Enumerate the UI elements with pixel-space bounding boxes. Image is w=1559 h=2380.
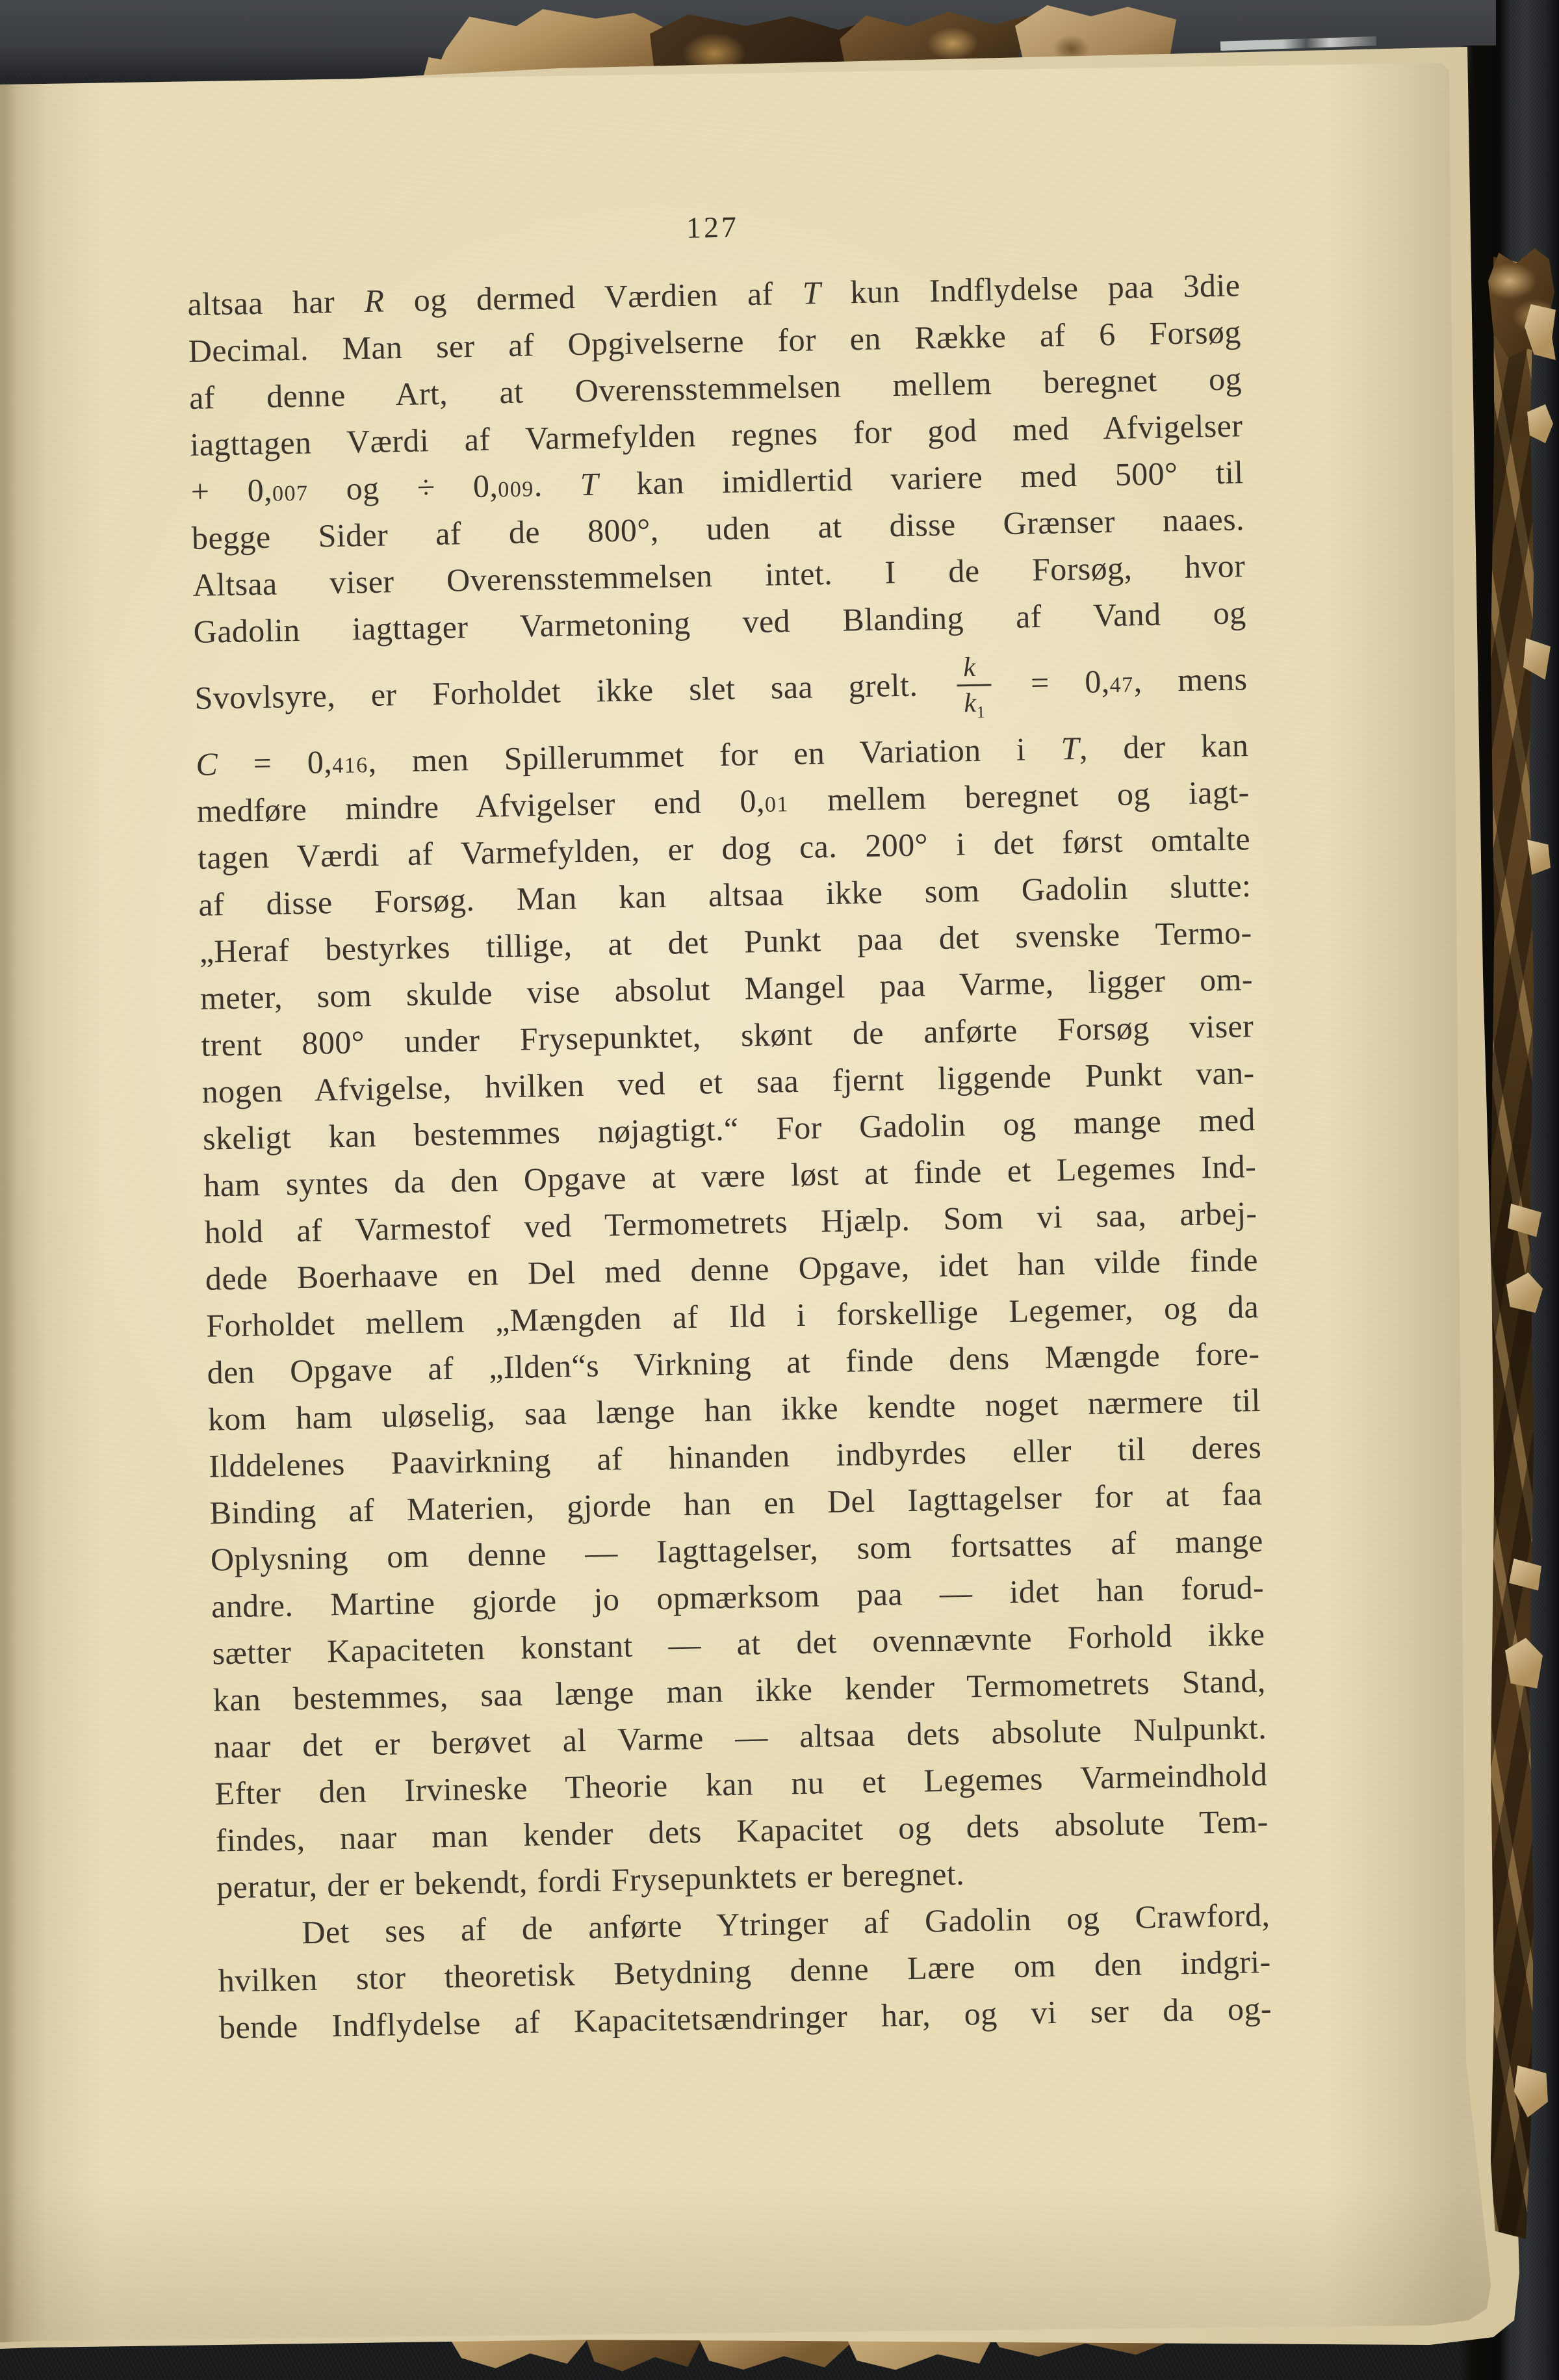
text-segment: 416 [332, 753, 368, 778]
torn-paper-right-spine [1491, 257, 1534, 2239]
text-block: altsaa har R og dermed Værdien af T kun … [187, 261, 1272, 2050]
text-segment: , mens [1133, 660, 1248, 699]
text-segment: = 0, [218, 744, 333, 782]
text-segment: + 0, [190, 472, 272, 510]
text-segment: T [580, 465, 599, 502]
printed-content: 127 altsaa har R og dermed Værdien af T … [186, 201, 1272, 2050]
text-segment: og dermed Værdien af [384, 275, 803, 319]
text-segment: 01 [765, 792, 790, 817]
text-segment: og ÷ 0, [308, 467, 498, 507]
text-segment: kun Indflydelse paa 3die [821, 266, 1241, 311]
text-segment: , men Spillerummet for en Variation i [368, 730, 1061, 779]
text-segment: medføre mindre Afvigelser end 0, [196, 783, 765, 829]
text-segment: 007 [272, 482, 309, 506]
scanned-book-page: 127 altsaa har R og dermed Værdien af T … [0, 0, 1559, 2380]
text-segment: T [802, 274, 821, 311]
text-segment: , der kan [1079, 727, 1248, 766]
text-segment: C [196, 745, 218, 783]
text-segment: T [1061, 730, 1079, 767]
text-segment: altsaa har [187, 283, 365, 322]
text-segment: = 0, [995, 663, 1110, 701]
text-segment: 47 [1109, 673, 1134, 697]
text-segment: 009 [498, 477, 534, 502]
fraction-k-over-k1: kk1 [957, 653, 992, 721]
text-segment: . [534, 466, 580, 503]
text-segment: kan imidlertid variere med 500° til [599, 454, 1244, 502]
text-segment: mellem beregnet og iagt- [788, 773, 1250, 818]
text-segment: R [364, 282, 385, 319]
text-segment: peratur, der er bekendt, fordi Frysepunk… [216, 1855, 965, 1905]
text-segment: Svovlsyre, er Forholdet ikke slet saa gr… [194, 666, 953, 716]
